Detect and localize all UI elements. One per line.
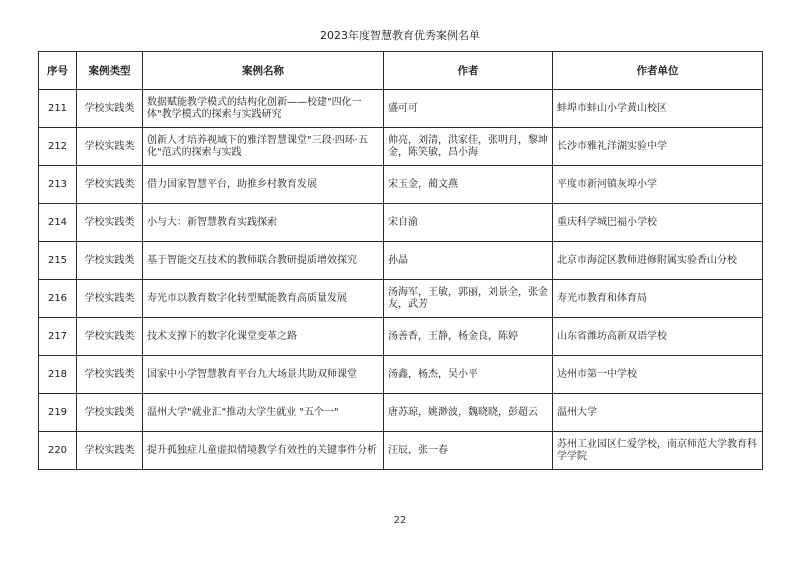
table-row: 212 学校实践类 创新人才培养视域下的雅洋智慧课堂"三段·四环·五化"范式的探… [39, 128, 763, 166]
cell-no: 217 [39, 318, 77, 356]
cell-author: 汤鑫，杨杰，吴小平 [384, 356, 553, 394]
cell-type: 学校实践类 [77, 394, 143, 432]
cell-type: 学校实践类 [77, 166, 143, 204]
header-name: 案例名称 [143, 52, 384, 90]
table-row: 220 学校实践类 提升孤独症儿童虚拟情境教学有效性的关键事件分析 汪辰，张一春… [39, 432, 763, 470]
cell-type: 学校实践类 [77, 204, 143, 242]
cell-no: 216 [39, 280, 77, 318]
page-number: 22 [0, 515, 800, 526]
table-row: 213 学校实践类 借力国家智慧平台，助推乡村教育发展 宋玉金，蔺文燕 平度市新… [39, 166, 763, 204]
cell-author: 汤海军，王敏，郭丽，刘景全，张金友，武芳 [384, 280, 553, 318]
cell-author: 宋自渝 [384, 204, 553, 242]
page-title: 2023年度智慧教育优秀案例名单 [0, 27, 800, 43]
cell-no: 219 [39, 394, 77, 432]
table-row: 216 学校实践类 寿光市以教育数字化转型赋能教育高质量发展 汤海军，王敏，郭丽… [39, 280, 763, 318]
cell-no: 215 [39, 242, 77, 280]
cell-no: 211 [39, 90, 77, 128]
cell-author: 宋玉金，蔺文燕 [384, 166, 553, 204]
header-unit: 作者单位 [553, 52, 763, 90]
cell-name: 数据赋能教学模式的结构化创新——校建"四化一体"教学模式的探索与实践研究 [143, 90, 384, 128]
cell-unit: 北京市海淀区教师进修附属实验香山分校 [553, 242, 763, 280]
cell-no: 213 [39, 166, 77, 204]
cell-no: 220 [39, 432, 77, 470]
cell-unit: 重庆科学城巴福小学校 [553, 204, 763, 242]
cell-author: 帅亮，刘清，洪家佳，张明月，黎坤金，陈笑敏，昌小海 [384, 128, 553, 166]
header-type: 案例类型 [77, 52, 143, 90]
cell-unit: 温州大学 [553, 394, 763, 432]
table-row: 214 学校实践类 小与大：新智慧教育实践探索 宋自渝 重庆科学城巴福小学校 [39, 204, 763, 242]
cell-name: 寿光市以教育数字化转型赋能教育高质量发展 [143, 280, 384, 318]
cell-unit: 达州市第一中学校 [553, 356, 763, 394]
table-row: 215 学校实践类 基于智能交互技术的教师联合教研提质增效探究 孙晶 北京市海淀… [39, 242, 763, 280]
header-author: 作者 [384, 52, 553, 90]
cell-name: 温州大学"就业汇"推动大学生就业 "五个一" [143, 394, 384, 432]
cell-type: 学校实践类 [77, 280, 143, 318]
cell-no: 218 [39, 356, 77, 394]
cell-author: 孙晶 [384, 242, 553, 280]
cell-unit: 蚌埠市蚌山小学黄山校区 [553, 90, 763, 128]
cell-unit: 山东省潍坊高新双语学校 [553, 318, 763, 356]
table-row: 219 学校实践类 温州大学"就业汇"推动大学生就业 "五个一" 唐苏琼，姚渺波… [39, 394, 763, 432]
cell-author: 唐苏琼，姚渺波，魏晓晓，彭超云 [384, 394, 553, 432]
cell-unit: 平度市新河镇灰埠小学 [553, 166, 763, 204]
cell-type: 学校实践类 [77, 318, 143, 356]
cell-no: 212 [39, 128, 77, 166]
case-list-table: 序号 案例类型 案例名称 作者 作者单位 211 学校实践类 数据赋能教学模式的… [38, 51, 763, 470]
cell-type: 学校实践类 [77, 90, 143, 128]
table-row: 211 学校实践类 数据赋能教学模式的结构化创新——校建"四化一体"教学模式的探… [39, 90, 763, 128]
cell-name: 技术支撑下的数字化课堂变革之路 [143, 318, 384, 356]
cell-name: 借力国家智慧平台，助推乡村教育发展 [143, 166, 384, 204]
cell-unit: 长沙市雅礼洋湖实验中学 [553, 128, 763, 166]
cell-type: 学校实践类 [77, 242, 143, 280]
header-no: 序号 [39, 52, 77, 90]
cell-name: 基于智能交互技术的教师联合教研提质增效探究 [143, 242, 384, 280]
cell-type: 学校实践类 [77, 356, 143, 394]
cell-unit: 寿光市教育和体育局 [553, 280, 763, 318]
cell-type: 学校实践类 [77, 432, 143, 470]
cell-name: 小与大：新智慧教育实践探索 [143, 204, 384, 242]
cell-author: 汪辰，张一春 [384, 432, 553, 470]
table-row: 217 学校实践类 技术支撑下的数字化课堂变革之路 汤善香，王静，杨金良，陈婷 … [39, 318, 763, 356]
cell-unit: 苏州工业园区仁爱学校，南京师范大学教育科学学院 [553, 432, 763, 470]
cell-type: 学校实践类 [77, 128, 143, 166]
table-header-row: 序号 案例类型 案例名称 作者 作者单位 [39, 52, 763, 90]
cell-name: 国家中小学智慧教育平台九大场景共助双师课堂 [143, 356, 384, 394]
table-row: 218 学校实践类 国家中小学智慧教育平台九大场景共助双师课堂 汤鑫，杨杰，吴小… [39, 356, 763, 394]
cell-author: 汤善香，王静，杨金良，陈婷 [384, 318, 553, 356]
cell-no: 214 [39, 204, 77, 242]
cell-name: 创新人才培养视域下的雅洋智慧课堂"三段·四环·五化"范式的探索与实践 [143, 128, 384, 166]
cell-author: 盛可可 [384, 90, 553, 128]
cell-name: 提升孤独症儿童虚拟情境教学有效性的关键事件分析 [143, 432, 384, 470]
